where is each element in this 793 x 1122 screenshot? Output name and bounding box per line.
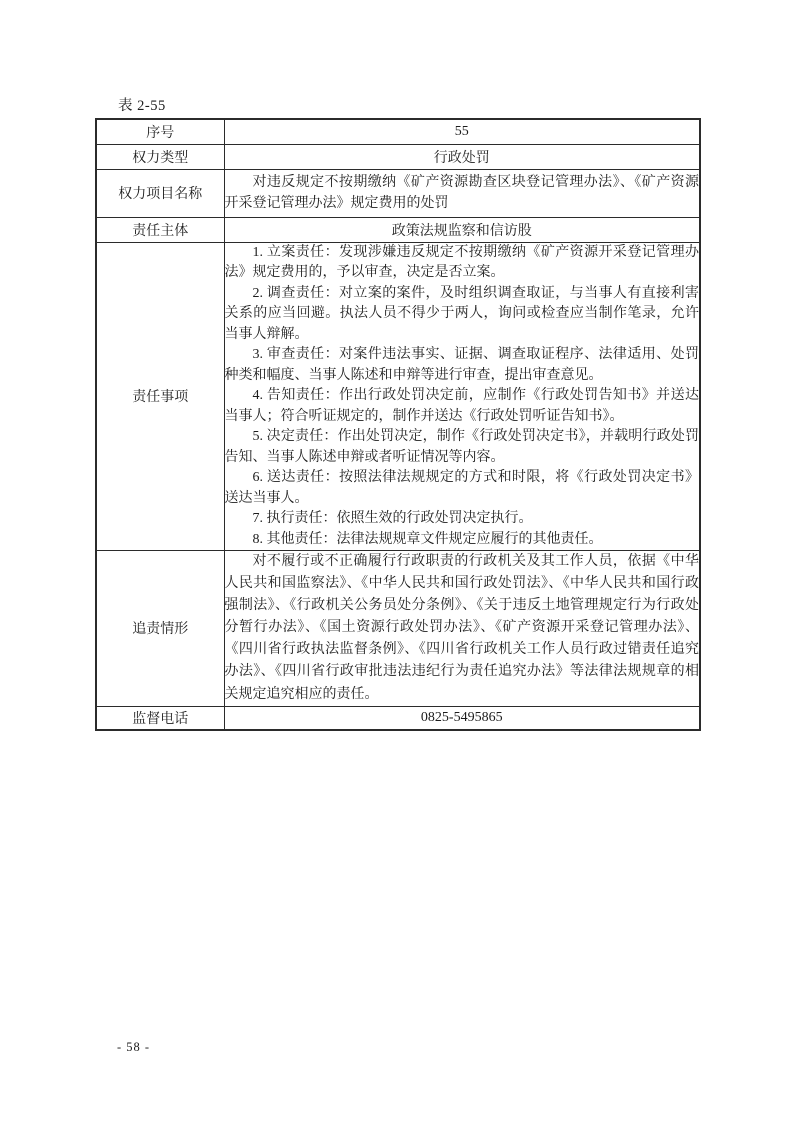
duty-item: 6. 送达责任：按照法律法规规定的方式和时限，将《行政处罚决定书》送达当事人。	[225, 468, 700, 509]
duty-item: 2. 调查责任：对立案的案件，及时组织调查取证，与当事人有直接利害关系的应当回避…	[225, 284, 700, 346]
power-name-label: 权力项目名称	[96, 169, 224, 217]
table-row-power-name: 权力项目名称 对违反规定不按期缴纳《矿产资源勘查区块登记管理办法》、《矿产资源开…	[96, 169, 700, 217]
accountability-label: 追责情形	[96, 551, 224, 707]
table-row-accountability: 追责情形 对不履行或不正确履行行政职责的行政机关及其工作人员，依据《中华人民共和…	[96, 551, 700, 707]
serial-label: 序号	[96, 119, 224, 144]
page-number: - 58 -	[117, 1040, 150, 1055]
serial-value: 55	[224, 119, 700, 144]
duties-value: 1. 立案责任：发现涉嫌违反规定不按期缴纳《矿产资源开采登记管理办法》规定费用的…	[224, 242, 700, 551]
table-row-phone: 监督电话 0825-5495865	[96, 706, 700, 730]
duties-label: 责任事项	[96, 242, 224, 551]
duty-item: 8. 其他责任：法律法规规章文件规定应履行的其他责任。	[225, 530, 700, 551]
responsible-body-label: 责任主体	[96, 217, 224, 242]
power-name-text: 对违反规定不按期缴纳《矿产资源勘查区块登记管理办法》、《矿产资源开采登记管理办法…	[225, 172, 700, 214]
accountability-text: 对不履行或不正确履行行政职责的行政机关及其工作人员，依据《中华人民共和国监察法》…	[225, 551, 700, 706]
power-type-value: 行政处罚	[224, 144, 700, 169]
duty-item: 5. 决定责任：作出处罚决定，制作《行政处罚决定书》，并载明行政处罚告知、当事人…	[225, 427, 700, 468]
document-body: 表 2-55 序号 55 权力类型 行政处罚 权力项目名称 对违反规定不按期缴纳…	[95, 94, 701, 731]
table-row-responsible-body: 责任主体 政策法规监察和信访股	[96, 217, 700, 242]
responsible-body-value: 政策法规监察和信访股	[224, 217, 700, 242]
duty-item: 7. 执行责任：依照生效的行政处罚决定执行。	[225, 509, 700, 530]
power-name-value: 对违反规定不按期缴纳《矿产资源勘查区块登记管理办法》、《矿产资源开采登记管理办法…	[224, 169, 700, 217]
table-row-serial: 序号 55	[96, 119, 700, 144]
table-row-duties: 责任事项 1. 立案责任：发现涉嫌违反规定不按期缴纳《矿产资源开采登记管理办法》…	[96, 242, 700, 551]
phone-value: 0825-5495865	[224, 706, 700, 730]
document-page: { "page": { "caption": "表 2-55", "page_n…	[0, 0, 793, 1122]
duty-item: 4. 告知责任：作出行政处罚决定前，应制作《行政处罚告知书》并送达当事人；符合听…	[225, 386, 700, 427]
duty-item: 1. 立案责任：发现涉嫌违反规定不按期缴纳《矿产资源开采登记管理办法》规定费用的…	[225, 243, 700, 284]
duty-item: 3. 审查责任：对案件违法事实、证据、调查取证程序、法律适用、处罚种类和幅度、当…	[225, 345, 700, 386]
table-caption: 表 2-55	[95, 94, 701, 115]
accountability-value: 对不履行或不正确履行行政职责的行政机关及其工作人员，依据《中华人民共和国监察法》…	[224, 551, 700, 707]
table-row-power-type: 权力类型 行政处罚	[96, 144, 700, 169]
power-type-label: 权力类型	[96, 144, 224, 169]
phone-label: 监督电话	[96, 706, 224, 730]
power-responsibility-table: 序号 55 权力类型 行政处罚 权力项目名称 对违反规定不按期缴纳《矿产资源勘查…	[95, 118, 701, 731]
